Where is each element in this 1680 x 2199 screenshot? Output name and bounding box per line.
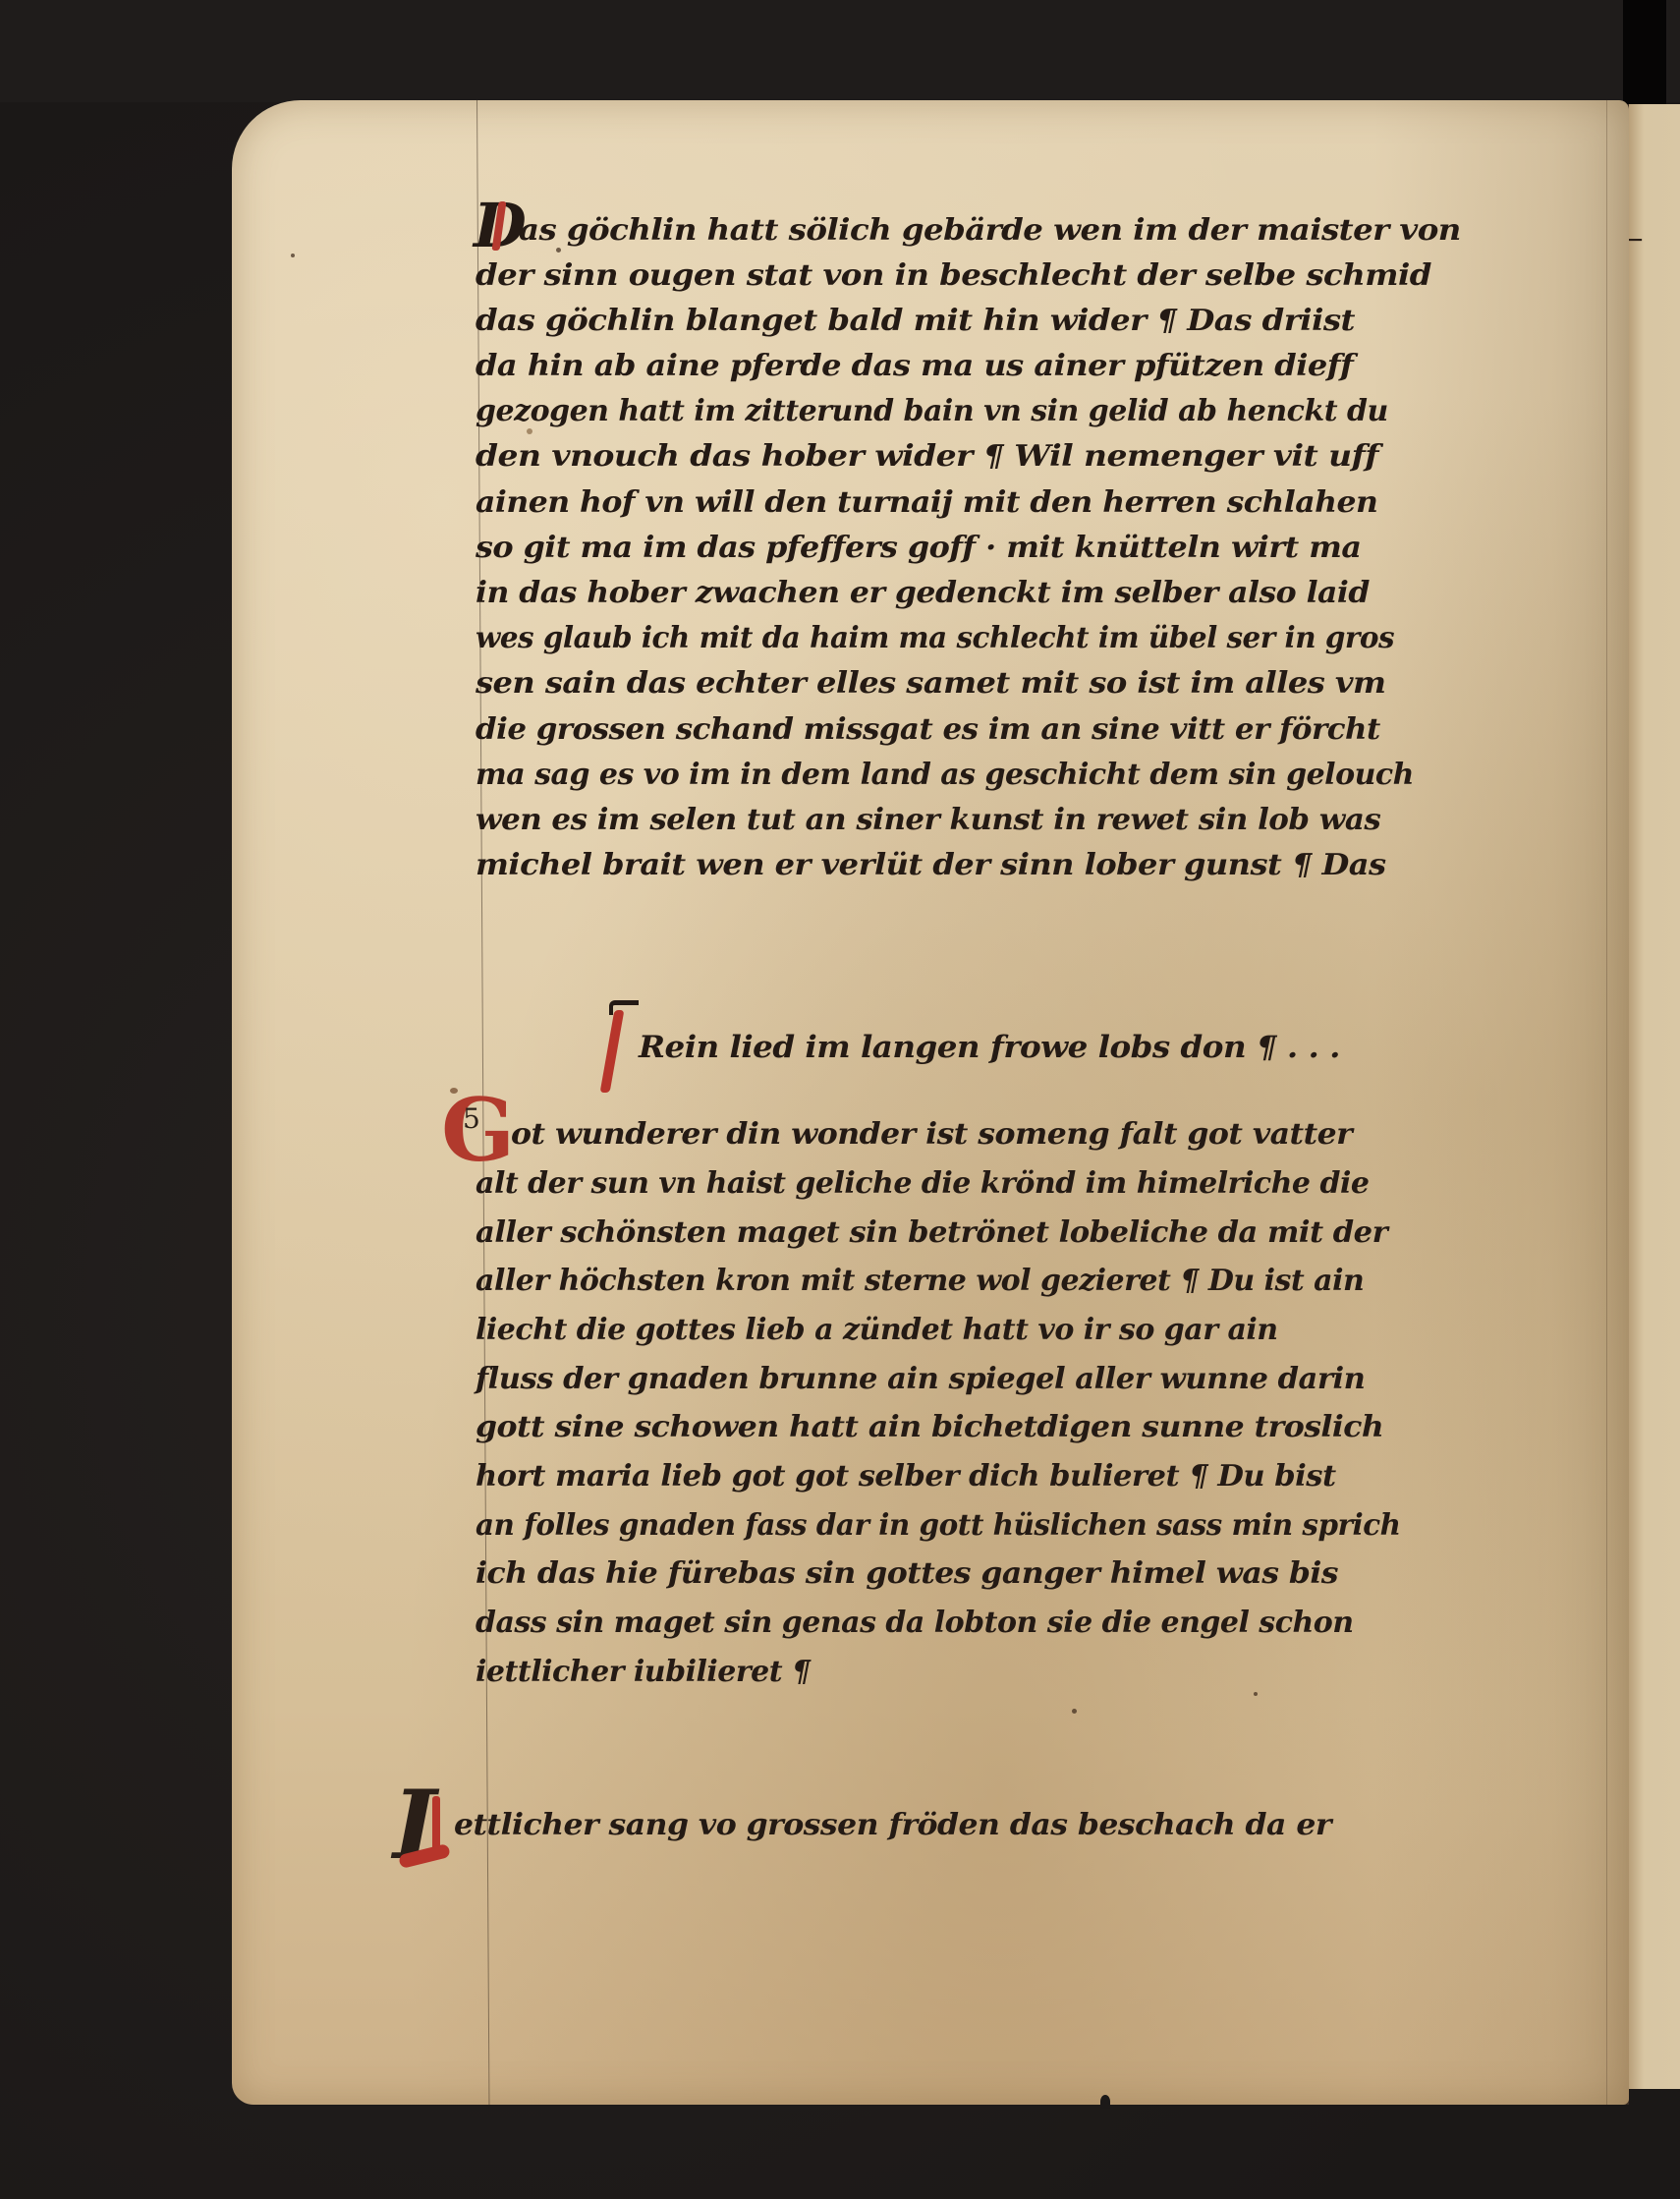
- folio-edge-notch: [1100, 2095, 1110, 2109]
- text-line: ettlicher sang vo grossen fröden das bes…: [454, 1806, 1331, 1845]
- scan-background: ⌐ D as göchlin hatt sölich gebärde wen i…: [0, 0, 1680, 2199]
- text-line: ainen hof vn will den turnaij mit den he…: [476, 483, 1377, 523]
- text-line: wen es im selen tut an siner kunst in re…: [476, 801, 1380, 840]
- text-line: alt der sun vn haist geliche die krönd i…: [476, 1164, 1369, 1204]
- gutter-shadow: [1623, 0, 1666, 106]
- right-ruling-line: [1606, 100, 1607, 2105]
- text-line: dass sin maget sin genas da lobton sie d…: [476, 1604, 1354, 1643]
- ink-speck: [1254, 1692, 1258, 1696]
- text-line: wes glaub ich mit da haim ma schlecht im…: [476, 619, 1394, 658]
- text-line: fluss der gnaden brunne ain spiegel alle…: [476, 1360, 1365, 1399]
- text-line: das göchlin blanget bald mit hin wider ¶…: [476, 302, 1355, 341]
- decorated-initial-I: I: [393, 1778, 437, 1873]
- text-line: michel brait wen er verlüt der sinn lobe…: [476, 846, 1386, 885]
- ink-speck: [1072, 1709, 1077, 1714]
- text-line: hort maria lieb got got selber dich buli…: [476, 1457, 1336, 1496]
- adjacent-page-edge: [1629, 104, 1680, 2089]
- adjacent-page-mark: ⌐: [1623, 232, 1662, 252]
- red-initial-G: G 5: [441, 1096, 504, 1164]
- text-line: liecht die gottes lieb a zündet hatt vo …: [476, 1311, 1278, 1350]
- text-line: sen sain das echter elles samet mit so i…: [476, 664, 1385, 704]
- text-line: ot wunderer din wonder ist someng falt g…: [511, 1115, 1352, 1155]
- heading-text: Rein lied im langen frowe lobs don ¶ . .…: [639, 1028, 1340, 1067]
- text-line: der sinn ougen stat von in beschlecht de…: [476, 256, 1431, 296]
- text-line: in das hober zwachen er gedenckt im selb…: [476, 574, 1370, 613]
- text-line: gott sine schowen hatt ain bichetdigen s…: [476, 1408, 1383, 1447]
- text-line: so git ma im das pfeffers goff · mit knü…: [476, 529, 1361, 568]
- top-background-band: [0, 0, 1680, 102]
- text-line: ma sag es vo im in dem land as geschicht…: [476, 756, 1414, 795]
- ink-speck: [291, 254, 295, 257]
- text-line: ich das hie fürebas sin gottes ganger hi…: [476, 1554, 1338, 1594]
- text-line: an folles gnaden fass dar in gott hüslic…: [476, 1506, 1401, 1546]
- text-line: aller höchsten kron mit sterne wol gezie…: [476, 1262, 1364, 1301]
- text-line: aller schönsten maget sin betrönet lobel…: [476, 1213, 1387, 1253]
- guide-letter-annotation: 5: [463, 1105, 480, 1133]
- text-line: die grossen schand missgat es im an sine…: [476, 710, 1380, 750]
- text-line: as göchlin hatt sölich gebärde wen im de…: [519, 211, 1461, 251]
- folio-stain-shading: [1373, 100, 1629, 2105]
- red-rubric-bar: [600, 1010, 625, 1093]
- text-line: da hin ab aine pferde das ma us ainer pf…: [476, 347, 1353, 386]
- paragraph-mark-rubric: [597, 1000, 627, 1099]
- text-line: iettlicher iubilieret ¶: [476, 1653, 811, 1692]
- text-line: gezogen hatt im zitterund bain vn sin ge…: [476, 392, 1388, 431]
- text-line: den vnouch das hober wider ¶ Wil nemenge…: [476, 437, 1378, 477]
